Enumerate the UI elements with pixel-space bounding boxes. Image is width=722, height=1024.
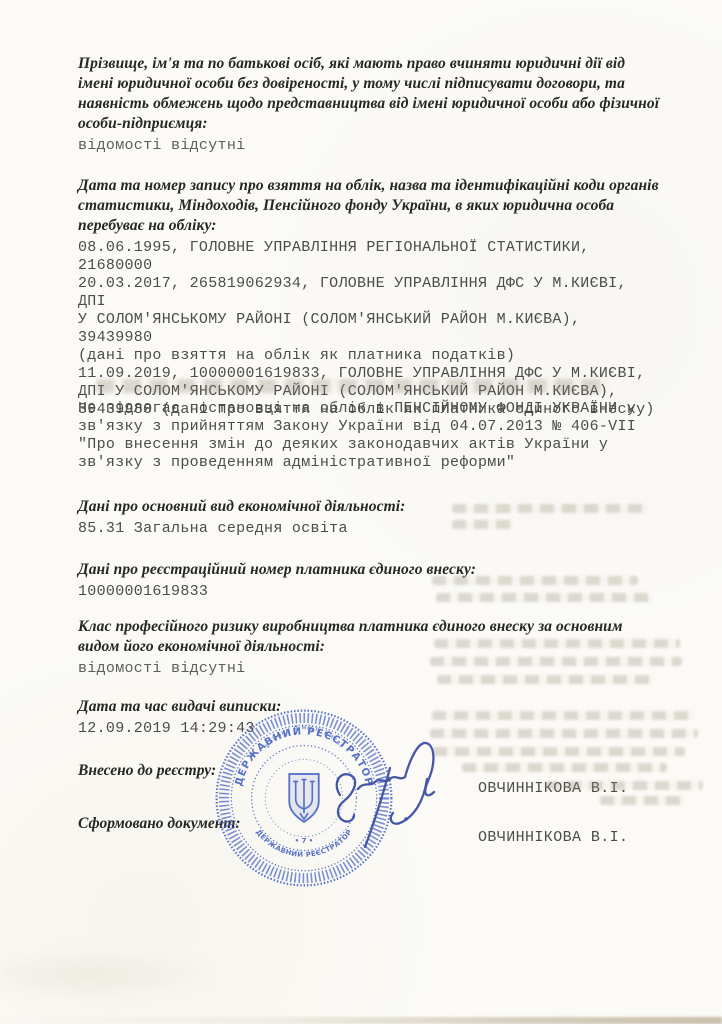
bleed-through-text <box>96 379 608 393</box>
section-persons-heading: Прізвище, ім'я та по батькові осіб, які … <box>78 54 660 134</box>
section-risk-class-heading: Клас професійного ризику виробництва пла… <box>78 617 660 657</box>
bleed-through-line <box>432 576 638 585</box>
registrar-name-formed: ОВЧИННІКОВА В.І. <box>478 829 628 846</box>
bleed-through-line <box>433 747 685 756</box>
registrar-signature <box>318 733 468 855</box>
document-page: Прізвище, ім'я та по батькові осіб, які … <box>0 0 722 1024</box>
entered-into-registry-label: Внесено до реєстру: <box>78 762 216 780</box>
scan-blotch <box>0 950 220 1000</box>
stamp-number: • 7 • <box>295 837 313 845</box>
scan-edge-shadow <box>0 1017 722 1024</box>
section-persons-value: відомості відсутні <box>78 137 660 155</box>
ukraine-trident-icon <box>289 774 318 822</box>
bleed-through-line <box>600 796 685 805</box>
bleed-through-line <box>430 729 698 738</box>
bleed-through-line <box>545 781 703 790</box>
section-activity-value: 85.31 Загальна середня освіта <box>78 520 660 538</box>
bleed-through-line <box>462 763 667 772</box>
bleed-through-line <box>434 639 680 648</box>
section-registration-heading: Дата та номер запису про взяття на облік… <box>78 176 660 236</box>
bleed-through-line <box>452 504 648 513</box>
bleed-through-line <box>452 520 514 529</box>
signature-ink-dot <box>404 817 407 820</box>
section-pension-note-value: Не підлягає постановці на облік в ПЕНСІЙ… <box>78 400 660 472</box>
section-persons: Прізвище, ім'я та по батькові осіб, які … <box>78 54 660 155</box>
bleed-through-line <box>432 711 694 720</box>
bleed-through-line <box>436 593 652 602</box>
bleed-through-line <box>430 657 682 666</box>
bleed-through-line <box>437 675 653 684</box>
section-pension-note: Не підлягає постановці на облік в ПЕНСІЙ… <box>78 397 660 472</box>
